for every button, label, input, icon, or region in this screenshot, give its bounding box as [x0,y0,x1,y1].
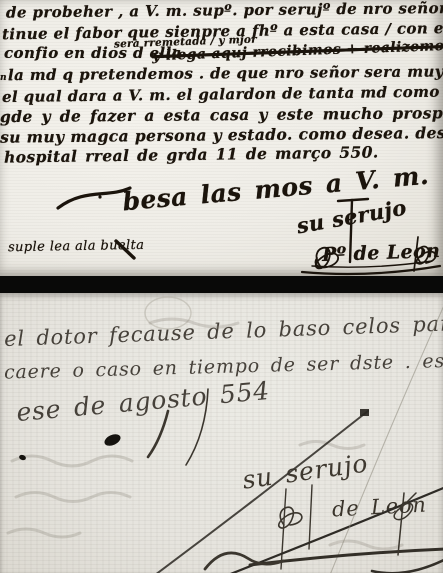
margin-note: suple lea ala buelta [8,239,145,254]
note-line-2: caere o caso en tiempo de ser dste . esp… [4,350,443,382]
manuscript-line-6: gde y de fazer a esta casa y este mucho … [0,105,443,125]
manuscript-line-4: la md q pretendemos . de que nro señor s… [8,64,443,83]
signature-abbreviation: su serujo [295,197,408,237]
ink-blot-small [18,454,26,461]
signature-name: Pº de Leon [322,242,441,265]
note-line-1: el dotor fecause de lo baso celos para [4,313,443,350]
manuscript-line-1: de probeher , a V. m. supº. por serujº d… [6,0,443,20]
note-dateline: ese de agosto 554 [15,378,270,425]
signature-abbreviation-bottom: su serujo [241,450,370,492]
bottom-note-fragment: el dotor fecause de lo baso celos para c… [0,293,443,573]
scan-divider-band [0,276,443,293]
margin-mark: n [0,74,7,83]
signature-name-bottom: de Leon [332,495,428,521]
manuscript-line-8-dateline: hospital rreal de grda 11 de março 550. [4,144,379,165]
manuscript-line-5: el qual dara a V. m. el galardon de tant… [2,84,443,105]
top-letter-fragment: de probeher , a V. m. supº. por serujº d… [0,0,443,277]
ink-blot-large [103,432,123,448]
manuscript-scan: de probeher , a V. m. supº. por serujº d… [0,0,443,573]
